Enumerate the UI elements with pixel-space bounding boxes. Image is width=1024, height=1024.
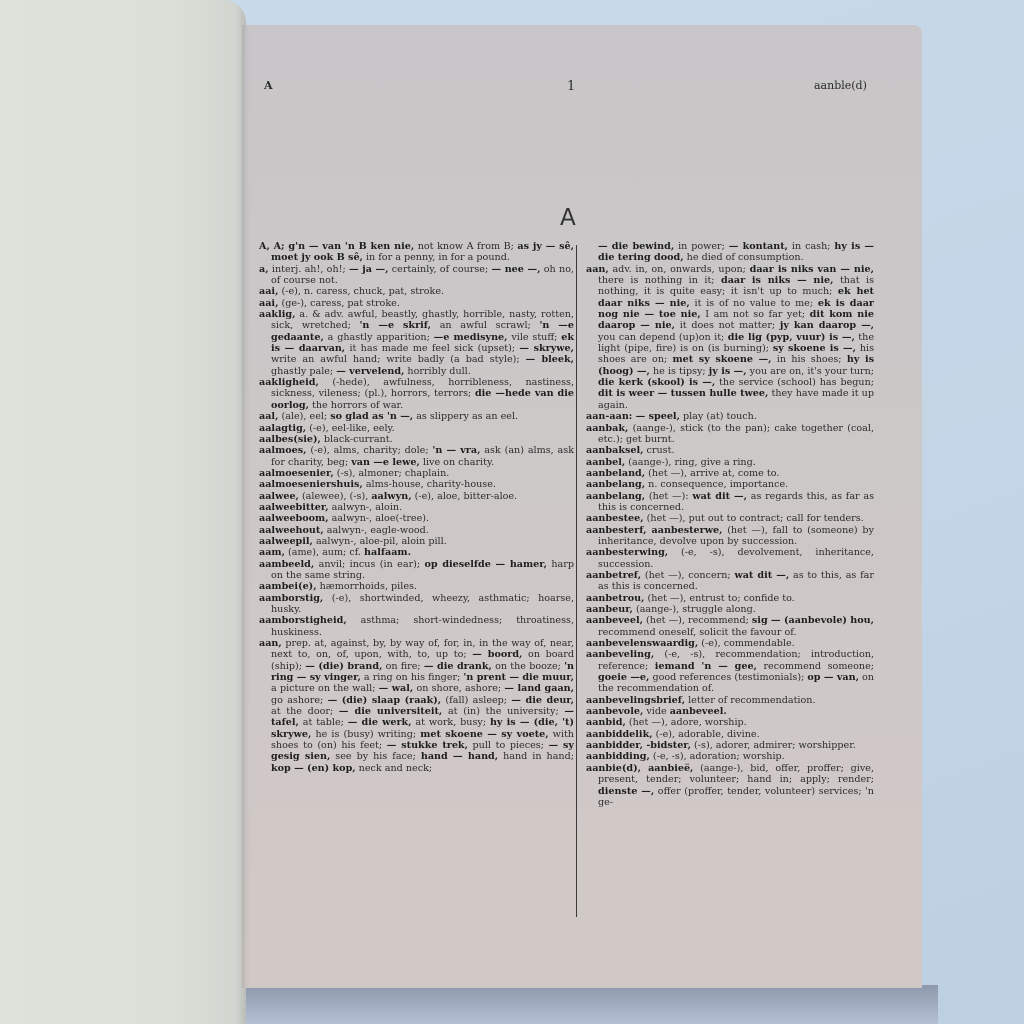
section-letter: A: [560, 205, 576, 231]
headword-text: aai,: [259, 298, 278, 309]
headword-text: op — van,: [807, 672, 859, 683]
dictionary-entry: aanbidding, (-e, -s), adoration; worship…: [586, 751, 874, 762]
dictionary-entry: aanbesterwing, (-e, -s), devolvement, in…: [586, 547, 874, 570]
dictionary-entry: aal, (ale), eel; so glad as 'n —, as sli…: [259, 411, 574, 422]
definition-text: (-s), almoner; chaplain.: [334, 468, 450, 479]
dictionary-entry: aanbevole, vide aanbeveel.: [586, 706, 874, 717]
headword-text: — bleek,: [526, 354, 574, 365]
column-divider: [576, 245, 577, 917]
definition-text: the service (school) has begun;: [715, 377, 874, 388]
headword-text: aanbetrou,: [586, 593, 644, 604]
dictionary-entry: aanbelang, n. consequence, importance.: [586, 479, 874, 490]
headword-text: — skrywe,: [519, 343, 574, 354]
headword-text: —e medisyne,: [434, 332, 508, 343]
definition-text: interj. ah!, oh!;: [269, 264, 349, 275]
definition-text: hæmorrhoids, piles.: [317, 581, 417, 592]
headword-text: jy kan daarop —,: [780, 320, 874, 331]
dictionary-entry: aalmoes, (-e), alms, charity; dole; 'n —…: [259, 445, 574, 468]
dictionary-entry: aanbeveling, (-e, -s), recommendation; i…: [586, 649, 874, 694]
definition-text: (alewee), (-s),: [299, 491, 371, 502]
definition-text: (het —), concern;: [641, 570, 734, 581]
headword-text: wat dit —,: [734, 570, 789, 581]
headword-text: aai,: [259, 286, 278, 297]
definition-text: he died of consumption.: [684, 252, 804, 263]
definition-text: an awful scrawl;: [431, 320, 539, 331]
definition-text: (-e), adorable, divine.: [653, 729, 760, 740]
definition-text: vile stuff;: [508, 332, 562, 343]
headword-text: aal,: [259, 411, 278, 422]
definition-text: (het —), arrive at, come to.: [645, 468, 779, 479]
headword-text: aalweehout,: [259, 525, 324, 536]
dictionary-entry: aakligheid, (-hede), awfulness, horrible…: [259, 377, 574, 411]
headword-text: aanbevelingsbrief,: [586, 695, 685, 706]
dictionary-entry: aanbetrou, (het —), entrust to; confide …: [586, 593, 874, 604]
dictionary-entry: aanbidder, -bidster, (-s), adorer, admir…: [586, 740, 874, 751]
definition-text: adv. in, on, onwards, upon;: [609, 264, 750, 275]
headword-text: aanbestee,: [586, 513, 644, 524]
headword-text: — ja —,: [349, 264, 388, 275]
headword-text: daar is niks — nie,: [721, 275, 834, 286]
definition-text: a ring on his finger;: [361, 672, 464, 683]
headword-text: aakligheid,: [259, 377, 319, 388]
headword-text: aan-aan: — speel,: [586, 411, 680, 422]
definition-text: ghastly pale;: [271, 366, 336, 377]
definition-text: I am not so far yet;: [701, 309, 810, 320]
dictionary-column-right: — die bewind, in power; — kontant, in ca…: [586, 241, 874, 808]
dictionary-entry: aanbeur, (aange-), struggle along.: [586, 604, 874, 615]
definition-text: (ge-), caress, pat stroke.: [278, 298, 399, 309]
definition-text: hand in hand;: [498, 751, 574, 762]
headword-text: sy skoene is —,: [773, 343, 856, 354]
dictionary-entry: aalweeboom, aalwyn-, aloe(-tree).: [259, 513, 574, 524]
dictionary-entry: aanbie(d), aanbieë, (aange-), bid, offer…: [586, 763, 874, 808]
definition-text: a picture on the wall;: [271, 683, 379, 694]
definition-text: a ghastly apparition;: [324, 332, 434, 343]
headword-text: aalweeboom,: [259, 513, 329, 524]
headword-text: aaklig,: [259, 309, 295, 320]
definition-text: recommend someone;: [757, 661, 874, 672]
definition-text: he is tipsy;: [650, 366, 709, 377]
dictionary-entry: aanbesterf, aanbesterwe, (het —), fall t…: [586, 525, 874, 548]
headword-text: aalweebitter,: [259, 502, 329, 513]
headword-text: wat dit —,: [692, 491, 747, 502]
dictionary-entry: aanbelang, (het —): wat dit —, as regard…: [586, 491, 874, 514]
headword-text: aanbaksel,: [586, 445, 643, 456]
page-number: 1: [567, 79, 575, 94]
definition-text: go ashore;: [271, 695, 328, 706]
headword-text: aam,: [259, 547, 285, 558]
headword-text: aanbetref,: [586, 570, 641, 581]
dictionary-entry: aanbevelingsbrief, letter of recommendat…: [586, 695, 874, 706]
headword-text: aanbevelenswaardig,: [586, 638, 698, 649]
headword-text: die lig (pyp, vuur) is —,: [728, 332, 855, 343]
dictionary-entry: aalmoesenier, (-s), almoner; chaplain.: [259, 468, 574, 479]
definition-text: you are on, it's your turn;: [747, 366, 874, 377]
dictionary-entry: aan, prep. at, against, by, by way of, f…: [259, 638, 574, 774]
dictionary-entry: aanbaksel, crust.: [586, 445, 874, 456]
headword-text: aanbak,: [586, 423, 628, 434]
definition-text: (het —), entrust to; confide to.: [644, 593, 794, 604]
definition-text: horribly dull.: [404, 366, 470, 377]
definition-text: (aange-), stick (to the pan); cake toget…: [598, 423, 874, 445]
headword-text: aan,: [259, 638, 282, 649]
definition-text: neck and neck;: [356, 763, 433, 774]
dictionary-entry: aai, (ge-), caress, pat stroke.: [259, 298, 574, 309]
headword-text: jy is —,: [709, 366, 747, 377]
headword-text: aalwee,: [259, 491, 299, 502]
definition-text: aalwyn-, eagle-wood.: [324, 525, 429, 536]
definition-text: good references (testimonials);: [649, 672, 807, 683]
definition-text: (aange-), ring, give a ring.: [625, 457, 756, 468]
headword-text: aalweepil,: [259, 536, 313, 547]
headword-text: 'n — vra,: [432, 445, 480, 456]
dictionary-entry: aaklig, a. & adv. awful, beastly, ghastl…: [259, 309, 574, 377]
definition-text: alms-house, charity-house.: [363, 479, 496, 490]
headword-text: — stukke trek,: [387, 740, 468, 751]
definition-text: (-e), aloe, bitter-aloe.: [412, 491, 518, 502]
book-cover-endpaper: [0, 0, 246, 1024]
headword-text: — (die) slaap (raak),: [328, 695, 442, 706]
headword-text: aanbiddelik,: [586, 729, 653, 740]
dictionary-entry: a, interj. ah!, oh!; — ja —, certainly, …: [259, 264, 574, 287]
headword-text: aambeeld,: [259, 559, 314, 570]
headword-text: — (die) brand,: [305, 661, 382, 672]
definition-text: write an awful hand; write badly (a bad …: [271, 354, 526, 365]
definition-text: (ame), aum; cf.: [285, 547, 364, 558]
headword-text: kop — (en) kop,: [271, 763, 356, 774]
definition-text: as slippery as an eel.: [413, 411, 518, 422]
definition-text: n. consequence, importance.: [645, 479, 788, 490]
definition-text: (het —), recommend;: [643, 615, 752, 626]
headword-text: daar is niks van — nie,: [750, 264, 874, 275]
headword-text: aanbeland,: [586, 468, 645, 479]
headword-text: iemand 'n — gee,: [655, 661, 757, 672]
dictionary-entry: aanbestee, (het —), put out to contract;…: [586, 513, 874, 524]
headword-text: aanbelang,: [586, 491, 645, 502]
headword-text: dit is weer — tussen hulle twee,: [598, 388, 768, 399]
headword-text: die kerk (skool) is —,: [598, 377, 715, 388]
dictionary-entry: aamborstigheid, asthma; short-windedness…: [259, 615, 574, 638]
definition-text: at work, busy;: [412, 717, 490, 728]
definition-text: it does not matter;: [675, 320, 780, 331]
definition-text: pull to pieces;: [468, 740, 549, 751]
dictionary-entry: aalbes(sie), black-currant.: [259, 434, 574, 445]
dictionary-entry: aanbeland, (het —), arrive at, come to.: [586, 468, 874, 479]
headword-text: aalmoes,: [259, 445, 306, 456]
definition-text: vide: [643, 706, 669, 717]
definition-text: you can depend (up)on it;: [598, 332, 728, 343]
dictionary-entry: aam, (ame), aum; cf. halfaam.: [259, 547, 574, 558]
dictionary-entry: aanbevelenswaardig, (-e), commendable.: [586, 638, 874, 649]
headword-text: aanbidder, -bidster,: [586, 740, 691, 751]
definition-text: crust.: [643, 445, 674, 456]
headword-text: aanbie(d), aanbieë,: [586, 763, 693, 774]
headword-text: — die universiteit,: [339, 706, 442, 717]
running-head-left: A: [264, 79, 273, 92]
definition-text: he is (busy) writing;: [311, 729, 420, 740]
definition-text: (het —), adore, worship.: [626, 717, 747, 728]
dictionary-entry: aanbid, (het —), adore, worship.: [586, 717, 874, 728]
definition-text: on fire;: [382, 661, 424, 672]
headword-text: — die werk,: [348, 717, 412, 728]
headword-text: aalagtig,: [259, 423, 306, 434]
dictionary-entry: aanbel, (aange-), ring, give a ring.: [586, 457, 874, 468]
headword-text: so glad as 'n —,: [330, 411, 413, 422]
headword-text: aanbeveling,: [586, 649, 654, 660]
definition-text: (-e), commendable.: [698, 638, 795, 649]
definition-text: at table;: [299, 717, 348, 728]
headword-text: aanbel,: [586, 457, 625, 468]
headword-text: — boord,: [472, 649, 522, 660]
dictionary-entry: — die bewind, in power; — kontant, in ca…: [586, 241, 874, 264]
definition-text: see by his face;: [330, 751, 421, 762]
dictionary-column-left: A, A; g'n — van 'n B ken nie, not know A…: [259, 241, 574, 774]
headword-text: met sy skoene —,: [673, 354, 772, 365]
headword-text: aalbes(sie),: [259, 434, 321, 445]
headword-text: 'n —e skrif,: [360, 320, 432, 331]
headword-text: aanbesterf, aanbesterwe,: [586, 525, 722, 536]
definition-text: not know A from B;: [414, 241, 517, 252]
headword-text: — die drank,: [424, 661, 492, 672]
headword-text: aamborstigheid,: [259, 615, 347, 626]
headword-text: a,: [259, 264, 269, 275]
dictionary-entry: aanbiddelik, (-e), adorable, divine.: [586, 729, 874, 740]
dictionary-entry: aan-aan: — speel, play (at) touch.: [586, 411, 874, 422]
headword-text: aalmoeseniershuis,: [259, 479, 363, 490]
headword-text: — vervelend,: [336, 366, 404, 377]
dictionary-entry: aanbetref, (het —), concern; wat dit —, …: [586, 570, 874, 593]
definition-text: (ale), eel;: [278, 411, 330, 422]
headword-text: — die bewind,: [598, 241, 674, 252]
dictionary-entry: aalwee, (alewee), (-s), aalwyn, (-e), al…: [259, 491, 574, 502]
definition-text: (-s), adorer, admirer; worshipper.: [691, 740, 856, 751]
dictionary-entry: aalweehout, aalwyn-, eagle-wood.: [259, 525, 574, 536]
dictionary-entry: aai, (-e), n. caress, chuck, pat, stroke…: [259, 286, 574, 297]
definition-text: (aange-), struggle along.: [633, 604, 756, 615]
dictionary-entry: aalmoeseniershuis, alms-house, charity-h…: [259, 479, 574, 490]
headword-text: — die deur,: [511, 695, 574, 706]
headword-text: aanbelang,: [586, 479, 645, 490]
headword-text: met skoene — sy voete,: [420, 729, 548, 740]
headword-text: aanbidding,: [586, 751, 650, 762]
definition-text: certainly, of course;: [388, 264, 491, 275]
definition-text: play (at) touch.: [680, 411, 757, 422]
headword-text: halfaam.: [364, 547, 411, 558]
definition-text: in for a penny, in for a pound.: [363, 252, 510, 263]
running-head-right: aanble(d): [814, 79, 867, 92]
page-shadow: [238, 985, 938, 1024]
definition-text: at (in) the university;: [442, 706, 564, 717]
headword-text: van —e lewe,: [351, 457, 420, 468]
definition-text: (-e), n. caress, chuck, pat, stroke.: [278, 286, 444, 297]
dictionary-entry: A, A; g'n — van 'n B ken nie, not know A…: [259, 241, 574, 264]
headword-text: — land gaan,: [504, 683, 574, 694]
definition-text: live on charity.: [420, 457, 494, 468]
headword-text: — wal,: [379, 683, 414, 694]
dictionary-entry: aanbeveel, (het —), recommend; sig — (aa…: [586, 615, 874, 638]
dictionary-entry: aamborstig, (-e), shortwinded, wheezy, a…: [259, 593, 574, 616]
definition-text: (-e), alms, charity; dole;: [306, 445, 432, 456]
headword-text: aalwyn,: [371, 491, 411, 502]
dictionary-entry: aalweepil, aalwyn-, aloe-pil, aloin pill…: [259, 536, 574, 547]
dictionary-entry: aambei(e), hæmorrhoids, piles.: [259, 581, 574, 592]
definition-text: in his shoes;: [772, 354, 847, 365]
headword-text: dienste —,: [598, 786, 654, 797]
headword-text: 'n prent — die muur,: [463, 672, 574, 683]
headword-text: — kontant,: [729, 241, 788, 252]
headword-text: aanbeveel,: [586, 615, 643, 626]
dictionary-entry: aambeeld, anvil; incus (in ear); op dies…: [259, 559, 574, 582]
definition-text: on shore, ashore;: [413, 683, 504, 694]
headword-text: aamborstig,: [259, 593, 323, 604]
dictionary-entry: aalagtig, (-e), eel-like, eely.: [259, 423, 574, 434]
headword-text: goeie —e,: [598, 672, 649, 683]
headword-text: A, A; g'n — van 'n B ken nie,: [259, 241, 414, 252]
dictionary-entry: aan, adv. in, on, onwards, upon; daar is…: [586, 264, 874, 411]
headword-text: aanbevole,: [586, 706, 643, 717]
headword-text: hand — hand,: [421, 751, 498, 762]
definition-text: it has made me feel sick (upset);: [345, 343, 519, 354]
definition-text: the horrors of war.: [309, 400, 403, 411]
definition-text: aalwyn-, aloe-pil, aloin pill.: [313, 536, 447, 547]
definition-text: aalwyn-, aloin.: [329, 502, 403, 513]
definition-text: in power;: [674, 241, 729, 252]
definition-text: in cash;: [788, 241, 834, 252]
definition-text: at the door;: [271, 706, 339, 717]
headword-text: aambei(e),: [259, 581, 317, 592]
definition-text: (het —), put out to contract; call for t…: [644, 513, 864, 524]
headword-text: — nee —,: [492, 264, 541, 275]
definition-text: (-e, -s), adoration; worship.: [650, 751, 785, 762]
headword-text: aanbid,: [586, 717, 626, 728]
dictionary-entry: aanbak, (aange-), stick (to the pan); ca…: [586, 423, 874, 446]
headword-text: sig — (aanbevole) hou,: [752, 615, 874, 626]
definition-text: anvil; incus (in ear);: [314, 559, 424, 570]
definition-text: aalwyn-, aloe(-tree).: [329, 513, 430, 524]
definition-text: there is nothing in it;: [598, 275, 721, 286]
headword-text: aalmoesenier,: [259, 468, 334, 479]
definition-text: (-e), eel-like, eely.: [306, 423, 395, 434]
definition-text: letter of recommendation.: [685, 695, 815, 706]
definition-text: black-currant.: [321, 434, 393, 445]
headword-text: aanbesterwing,: [586, 547, 668, 558]
definition-text: it is of no value to me;: [690, 298, 818, 309]
dictionary-entry: aalweebitter, aalwyn-, aloin.: [259, 502, 574, 513]
definition-text: recommend oneself, solicit the favour of…: [598, 627, 797, 638]
definition-text: (fall) asleep;: [441, 695, 511, 706]
headword-text: aan,: [586, 264, 609, 275]
headword-text: aanbeveel.: [670, 706, 727, 717]
headword-text: op dieselfde — hamer,: [425, 559, 547, 570]
definition-text: (het —):: [645, 491, 692, 502]
headword-text: aanbeur,: [586, 604, 633, 615]
definition-text: on the booze;: [492, 661, 564, 672]
